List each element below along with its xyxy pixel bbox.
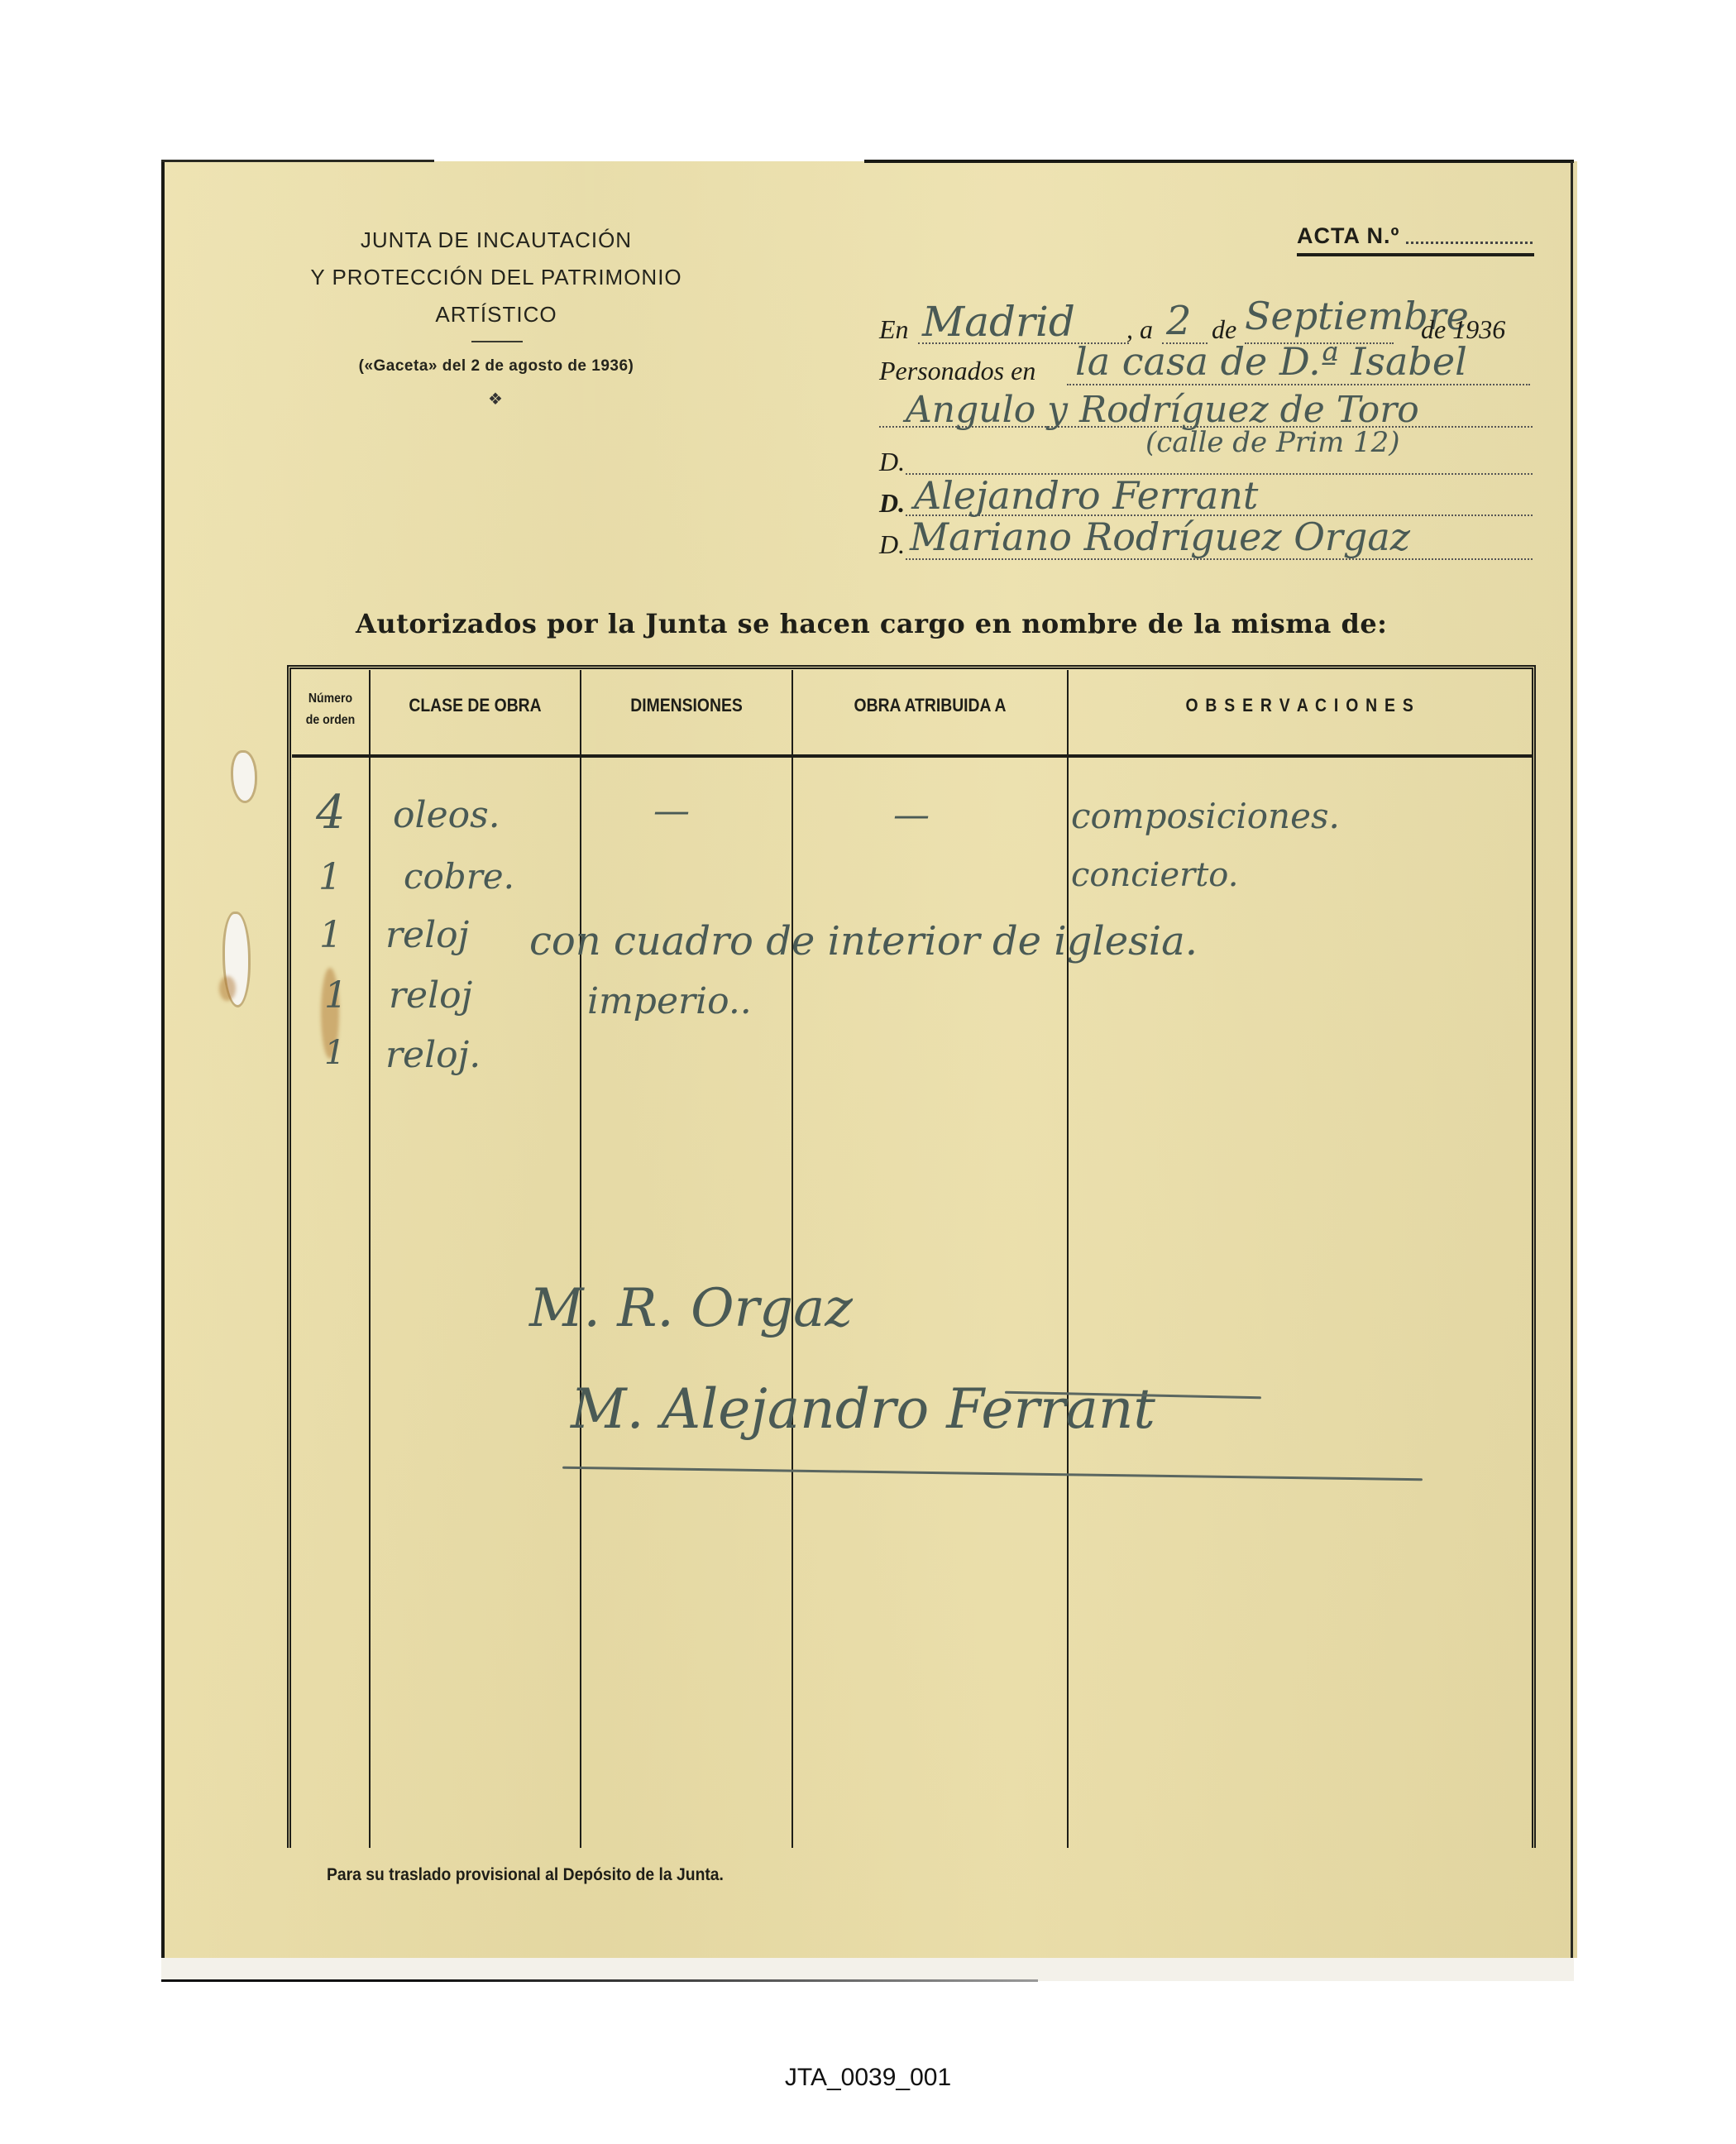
inventory-table bbox=[287, 665, 1536, 1848]
row-1-atribuida[interactable]: — bbox=[893, 794, 930, 836]
paper-edge-top-right bbox=[864, 160, 1574, 163]
column-divider bbox=[369, 670, 371, 1848]
place-field[interactable]: Madrid bbox=[922, 298, 1075, 346]
location-line-2[interactable]: Angulo y Rodríguez de Toro bbox=[906, 389, 1419, 431]
row-3-description[interactable]: con cuadro de interior de iglesia. bbox=[529, 918, 1198, 964]
paper-bottom-margin bbox=[161, 1958, 1574, 1981]
location-line-3[interactable]: (calle de Prim 12) bbox=[1145, 426, 1400, 459]
row-1-dimensiones[interactable]: — bbox=[653, 790, 690, 832]
location-line-1[interactable]: la casa de D.ª Isabel bbox=[1075, 339, 1467, 384]
d-label-3: D. bbox=[879, 529, 905, 560]
row-1-number[interactable]: 4 bbox=[316, 786, 346, 840]
column-divider bbox=[580, 670, 581, 1848]
row-4-dimensiones[interactable]: imperio.. bbox=[587, 980, 752, 1022]
d-label-2: D. bbox=[879, 488, 905, 519]
signature-ferrant: M. Alejandro Ferrant bbox=[571, 1377, 1155, 1441]
document-id-label: JTA_0039_001 bbox=[0, 2064, 1736, 2092]
column-divider bbox=[791, 670, 793, 1848]
table-header-separator bbox=[292, 754, 1533, 758]
header-dimensiones: DIMENSIONES bbox=[594, 695, 779, 716]
row-1-clase[interactable]: oleos. bbox=[393, 794, 500, 836]
paper-edge-right bbox=[1571, 161, 1573, 1981]
header-numero-line1: Número bbox=[297, 688, 365, 710]
row-2-number[interactable]: 1 bbox=[318, 856, 342, 898]
acta-underline bbox=[1297, 253, 1534, 256]
row-5-clase[interactable]: reloj. bbox=[385, 1034, 481, 1076]
gaceta-reference: («Gaceta» del 2 de agosto de 1936) bbox=[248, 357, 744, 376]
paper-edge-top-left bbox=[161, 160, 434, 162]
org-line-3: ARTÍSTICO bbox=[248, 296, 744, 333]
d-label-1: D. bbox=[879, 447, 905, 477]
acta-number-label: ACTA N.º bbox=[1297, 223, 1399, 249]
row-5-number[interactable]: 1 bbox=[324, 1034, 345, 1072]
scan-edge-line bbox=[161, 1979, 1038, 1982]
footer-note: Para su traslado provisional al Depósito… bbox=[327, 1865, 724, 1885]
rust-stain bbox=[219, 976, 236, 1001]
org-line-1: JUNTA DE INCAUTACIÓN bbox=[248, 222, 744, 259]
column-divider bbox=[1067, 670, 1069, 1848]
location-dotted-line-1 bbox=[1067, 384, 1530, 385]
row-2-observaciones[interactable]: concierto. bbox=[1071, 856, 1238, 894]
header-obra-atribuida: OBRA ATRIBUIDA A bbox=[810, 695, 1050, 716]
organization-name: JUNTA DE INCAUTACIÓN Y PROTECCIÓN DEL PA… bbox=[248, 222, 744, 333]
personados-label: Personados en bbox=[879, 356, 1035, 386]
header-numero-orden: Número de orden bbox=[297, 688, 365, 731]
header-divider bbox=[471, 341, 523, 342]
paper-hole bbox=[233, 753, 255, 801]
form-title: Autorizados por la Junta se hacen cargo … bbox=[356, 608, 1530, 639]
header-clase-de-obra: CLASE DE OBRA bbox=[383, 695, 567, 716]
row-4-number[interactable]: 1 bbox=[324, 974, 347, 1017]
person-field-3[interactable]: Mariano Rodríguez Orgaz bbox=[910, 514, 1410, 559]
header-observaciones: O B S E R V A C I O N E S bbox=[1097, 695, 1504, 716]
row-3-clase[interactable]: reloj bbox=[385, 914, 469, 956]
header-numero-line2: de orden bbox=[297, 710, 365, 731]
signature-orgaz: M. R. Orgaz bbox=[529, 1278, 853, 1339]
en-label: En bbox=[879, 314, 909, 345]
org-line-2: Y PROTECCIÓN DEL PATRIMONIO bbox=[248, 259, 744, 296]
row-1-observaciones[interactable]: composiciones. bbox=[1071, 796, 1340, 836]
person-field-2[interactable]: Alejandro Ferrant bbox=[914, 473, 1258, 518]
row-3-number[interactable]: 1 bbox=[319, 914, 342, 956]
day-field[interactable]: 2 bbox=[1166, 298, 1192, 344]
row-2-clase[interactable]: cobre. bbox=[404, 856, 514, 897]
acta-number-field[interactable] bbox=[1406, 242, 1533, 244]
ornament-icon: ❖ bbox=[483, 389, 508, 409]
row-4-clase[interactable]: reloj bbox=[389, 974, 472, 1017]
